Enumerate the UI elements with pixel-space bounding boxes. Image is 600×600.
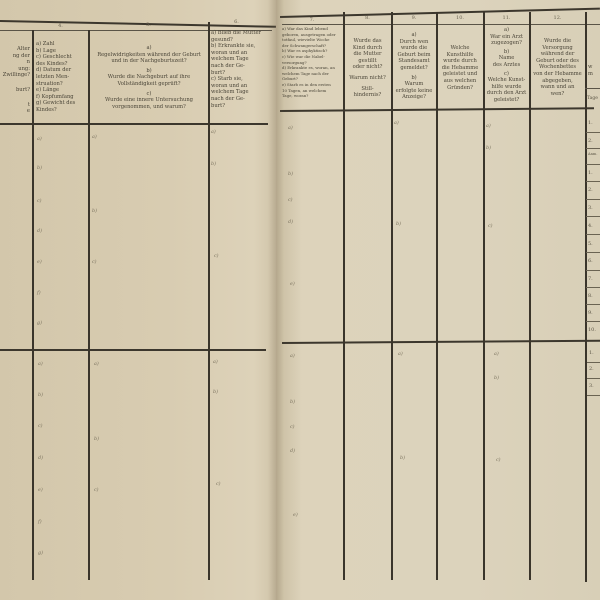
side-table-row: 4.: [588, 223, 593, 229]
side-table-rule: [586, 234, 600, 235]
column-divider: [208, 22, 210, 580]
row-marker: a): [94, 362, 99, 367]
header-item: War ein Arzt: [484, 34, 529, 41]
side-table-row: 1.: [589, 350, 594, 356]
header-text: ng der: [0, 53, 30, 60]
header-item: wen?: [530, 91, 585, 98]
row-marker: b): [494, 376, 499, 381]
header-text: burt?: [0, 87, 30, 94]
column-number: 7.: [282, 17, 342, 23]
column-10-header: Welche Kunsthilfe wurde durch die Hebamm…: [437, 45, 483, 91]
header-item: Standesamt: [392, 58, 436, 65]
row-marker: d): [290, 449, 295, 454]
side-table-row: 3.: [589, 383, 594, 389]
header-item: Kind durch: [344, 45, 391, 52]
header-item: Versorgung: [530, 45, 585, 52]
row-marker: b): [211, 162, 216, 167]
header-item: a): [392, 32, 436, 39]
header-item: die Hebamme: [437, 65, 483, 72]
row-marker: b): [37, 166, 42, 171]
header-item: Welche Kunst-: [484, 77, 529, 84]
header-item: Wurde die: [530, 38, 585, 45]
column-number-rule: [282, 24, 600, 25]
header-item: d) Erkrankte es, woran, an: [282, 65, 342, 71]
header-item: c): [90, 91, 208, 98]
header-item: c) Geschlecht des Kindes?: [36, 54, 88, 67]
header-item: erfolgte keine: [392, 88, 436, 95]
header-item: Warum nicht?: [344, 75, 391, 82]
header-item: Geburt oder des: [530, 58, 585, 65]
left-page: 4. 5. 6. Alter ng der n ung: Zwillinge? …: [0, 0, 276, 600]
column-divider: [88, 30, 90, 580]
row-marker: a): [37, 137, 42, 142]
column-divider: [436, 12, 438, 580]
row-marker: a): [494, 352, 499, 357]
header-text: ung:: [0, 66, 30, 73]
row-marker: e): [38, 488, 43, 493]
header-item: gemeldet?: [392, 65, 436, 72]
header-item: a) Zahl: [36, 41, 88, 48]
header-item: Anzeige?: [392, 94, 436, 101]
row-marker: f): [38, 520, 42, 525]
row-marker: b): [486, 146, 491, 151]
column-number: 4.: [33, 23, 88, 29]
row-divider-rule: [0, 349, 266, 351]
header-item: abgegeben,: [530, 78, 585, 85]
header-item: Welche: [437, 45, 483, 52]
header-item: Wurde eine innere Untersuchung vorgenomm…: [90, 97, 208, 110]
row-divider-rule: [282, 340, 600, 344]
header-item: aus welchen: [437, 78, 483, 85]
header-item: hindernis?: [344, 92, 391, 99]
column-13-header-partial: w m: [588, 64, 600, 77]
row-marker: a): [398, 352, 403, 357]
row-marker: g): [38, 551, 43, 556]
row-marker: c): [288, 198, 293, 203]
column-5-header: a) Regelwidrigkeiten während der Geburt …: [90, 45, 208, 110]
side-table-row: 1.: [588, 170, 593, 176]
column-3-header-partial: Alter ng der n ung: Zwillinge? burt? t e: [0, 46, 30, 115]
header-item: c): [484, 71, 529, 78]
row-marker: a): [213, 360, 218, 365]
row-marker: b): [400, 456, 405, 461]
header-item: Name: [484, 55, 529, 62]
header-item: gestillt: [344, 58, 391, 65]
column-6-header: a) Blieb die Mutter gesund? b) Erkrankte…: [211, 30, 267, 109]
row-marker: b): [94, 437, 99, 442]
row-marker: b): [92, 209, 97, 214]
side-table-row: 3.: [588, 205, 593, 211]
row-marker: b): [396, 222, 401, 227]
side-table-row: 2.: [588, 187, 593, 193]
side-table-label: Tage: [587, 96, 598, 101]
row-marker: a): [211, 130, 216, 135]
column-number: 11.: [484, 15, 529, 21]
side-table-row: 8.: [588, 293, 593, 299]
side-table-rule: [587, 378, 600, 379]
side-table-rule: [587, 362, 600, 363]
row-marker: b): [38, 393, 43, 398]
side-table-row: 1.: [588, 120, 593, 126]
header-item: b): [90, 68, 208, 75]
column-number: 8.: [344, 15, 391, 21]
row-marker: c): [214, 254, 219, 259]
side-table-rule: [586, 216, 600, 217]
side-table-row: 2.: [589, 366, 594, 372]
row-marker: a): [394, 121, 399, 126]
header-item: hilfe wurde: [484, 84, 529, 91]
header-item: a) Blieb die Mutter gesund?: [211, 30, 267, 43]
header-item: e) Länge: [36, 87, 88, 94]
row-marker: c): [38, 424, 43, 429]
row-marker: a): [290, 354, 295, 359]
row-marker: e): [37, 260, 42, 265]
row-marker: a): [288, 126, 293, 131]
side-table-row: 7.: [588, 276, 593, 282]
column-7-header: a) War das Kind lebend geboren, ausgetra…: [282, 26, 342, 99]
row-marker: e): [290, 282, 295, 287]
column-9-header: a) Durch wen wurde die Geburt beim Stand…: [392, 32, 436, 101]
row-marker: b): [290, 400, 295, 405]
side-table-rule: [586, 148, 600, 149]
side-table-rule: [586, 321, 600, 322]
side-table-rule: [586, 181, 600, 182]
column-number: 10.: [437, 15, 483, 21]
column-number: 9.: [392, 15, 436, 21]
right-page: 7. 8. 9. 10. 11. 12. a) War das Kind leb…: [276, 0, 600, 600]
row-marker: c): [92, 260, 97, 265]
header-item: b) Erkrankte sie, woran und an welchem T…: [211, 43, 267, 76]
header-item: zugezogen?: [484, 40, 529, 47]
side-table-row: 6.: [588, 258, 593, 264]
side-table-row: Anm.: [588, 152, 597, 156]
header-item: Kunsthilfe: [437, 52, 483, 59]
header-item: a): [484, 27, 529, 34]
header-item: während der: [530, 51, 585, 58]
row-marker: c): [488, 224, 493, 229]
header-text: Alter: [0, 46, 30, 53]
row-marker: b): [213, 390, 218, 395]
header-text: t: [0, 102, 30, 109]
side-table-row: 9.: [588, 310, 593, 316]
header-item: durch den Arzt: [484, 90, 529, 97]
header-item: wann und an: [530, 84, 585, 91]
header-item: Durch wen: [392, 39, 436, 46]
column-8-header: Wurde das Kind durch die Mutter gestillt…: [344, 38, 391, 99]
row-marker: c): [94, 488, 99, 493]
side-table-rule: [586, 304, 600, 305]
header-item: geleistet und: [437, 71, 483, 78]
header-item: Tage, woran?: [282, 93, 342, 99]
header-item: b): [392, 75, 436, 82]
row-marker: a): [38, 362, 43, 367]
header-item: die Mutter: [344, 51, 391, 58]
header-text: Zwillinge?: [0, 72, 30, 79]
column-12-header: Wurde die Versorgung während der Geburt …: [530, 38, 585, 97]
row-marker: d): [288, 220, 293, 225]
side-table-rule: [587, 395, 600, 396]
header-item: d) Datum der letzten Men- struation?: [36, 67, 88, 87]
column-number: 5.: [89, 22, 208, 28]
header-item: c) Starb sie, woran und an welchem Tage …: [211, 76, 267, 109]
row-marker: c): [496, 458, 501, 463]
header-item: Warum: [392, 81, 436, 88]
header-item: wurde die: [392, 45, 436, 52]
header-item: oder nicht?: [344, 64, 391, 71]
row-marker: c): [216, 482, 221, 487]
side-table-rule: [586, 199, 600, 200]
row-marker: a): [486, 124, 491, 129]
row-marker: c): [37, 199, 42, 204]
side-table-rule: [586, 287, 600, 288]
header-item: Wurde das: [344, 38, 391, 45]
row-marker: g): [37, 321, 42, 326]
side-table-rule: [586, 252, 600, 253]
header-item: wurde durch: [437, 58, 483, 65]
side-table-top-rule: [585, 88, 600, 89]
header-item: Geburt beim: [392, 52, 436, 59]
side-table-rule: [586, 164, 600, 165]
column-number: 6.: [209, 19, 264, 25]
header-text: w: [588, 64, 600, 71]
header-text: e: [0, 108, 30, 115]
column-11-header: a) War ein Arzt zugezogen? b) Name des A…: [484, 27, 529, 104]
side-table-row: 10.: [588, 327, 596, 333]
row-marker: d): [37, 229, 42, 234]
column-number: 12.: [530, 15, 585, 21]
row-marker: f): [37, 291, 41, 296]
header-text: m: [588, 71, 600, 78]
header-item: Still-: [344, 86, 391, 93]
header-item: Regelwidrigkeiten während der Geburt und…: [90, 52, 208, 65]
row-marker: e): [293, 513, 298, 518]
side-table-row: 2.: [588, 138, 593, 144]
header-text: n: [0, 59, 30, 66]
column-4-header: a) Zahl b) Lage c) Geschlecht des Kindes…: [36, 41, 88, 114]
book-gutter: [268, 0, 284, 600]
header-item: Wochenbettes: [530, 64, 585, 71]
column-divider: [32, 30, 34, 580]
side-table-rule: [586, 270, 600, 271]
header-item: geleistet?: [484, 97, 529, 104]
header-item: a): [90, 45, 208, 52]
side-table-row: 5.: [588, 241, 593, 247]
header-item: b): [484, 49, 529, 56]
header-item: g) Gewicht des Kindes?: [36, 100, 88, 113]
header-item: Wurde die Nachgeburt auf ihre Vollständi…: [90, 74, 208, 87]
header-item: des Arztes: [484, 62, 529, 69]
side-table-rule: [586, 132, 600, 133]
header-item: von der Hebamme: [530, 71, 585, 78]
header-bottom-rule: [0, 123, 268, 125]
row-marker: a): [92, 135, 97, 140]
row-marker: b): [288, 172, 293, 177]
row-marker: d): [38, 456, 43, 461]
header-item: Gründen?: [437, 85, 483, 92]
row-marker: c): [290, 425, 295, 430]
